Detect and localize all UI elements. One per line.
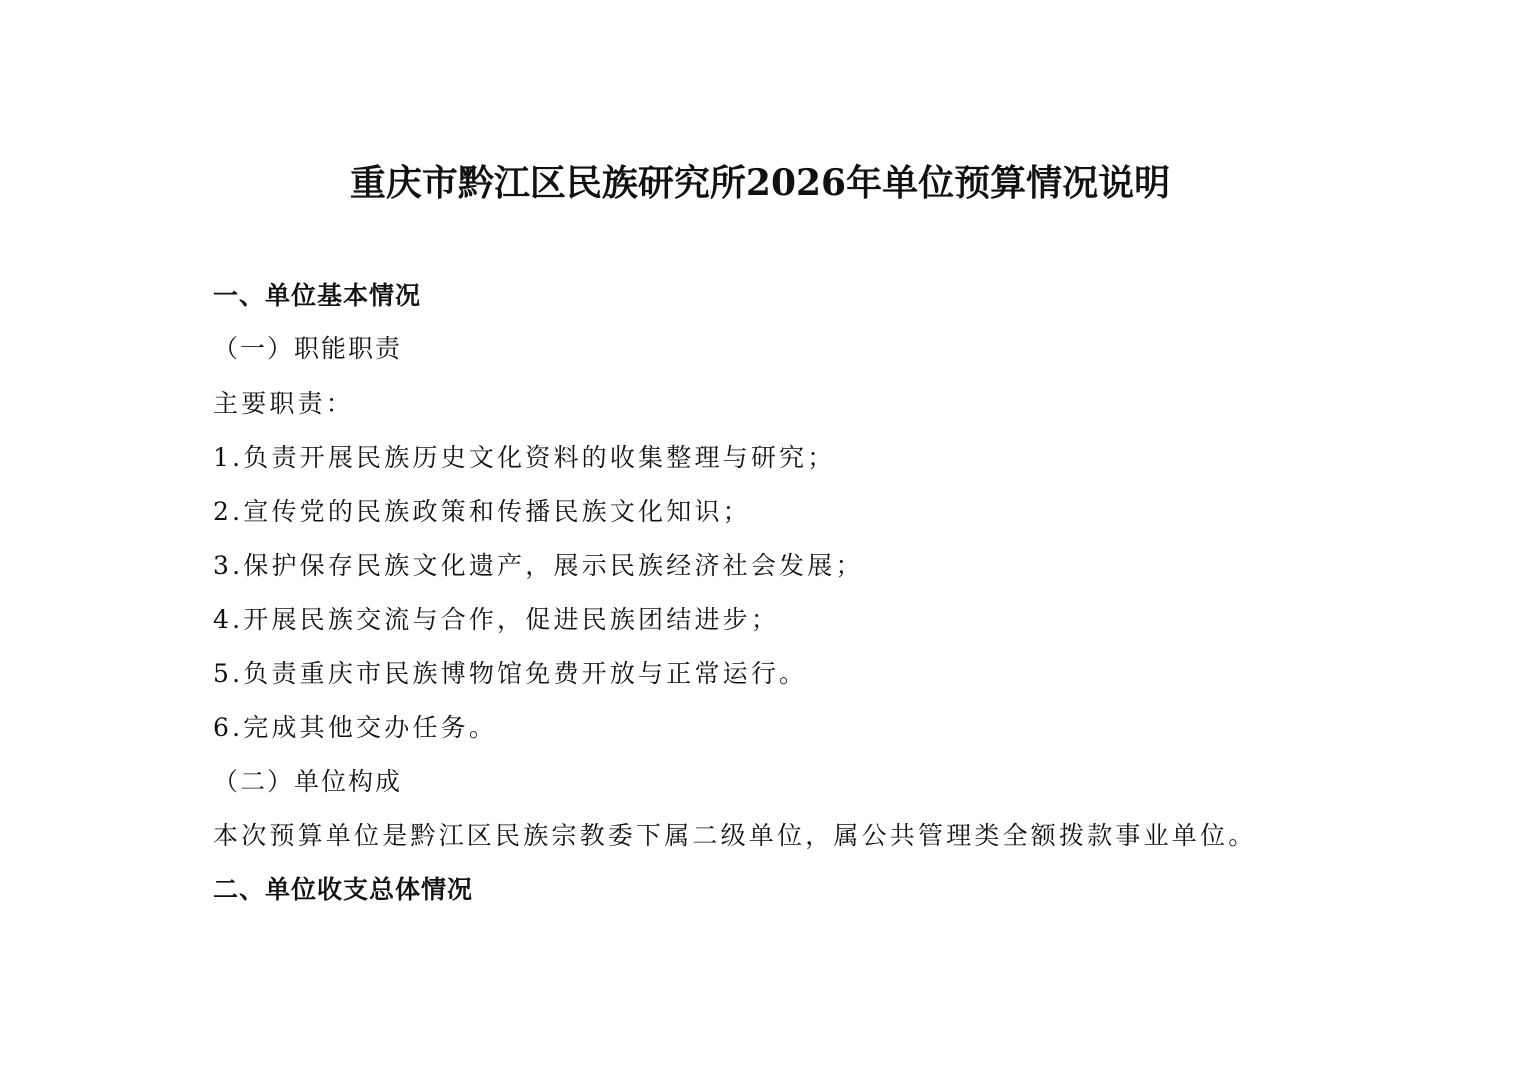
subsection-heading-composition: （二）单位构成 <box>213 764 402 800</box>
section-heading-basic-info: 一、单位基本情况 <box>213 278 421 314</box>
subsection-heading-duties: （一）职能职责 <box>213 331 402 367</box>
duty-item: 6.完成其他交办任务。 <box>213 710 497 746</box>
composition-body: 本次预算单位是黔江区民族宗教委下属二级单位，属公共管理类全额拨款事业单位。 <box>213 818 1256 854</box>
duty-item: 4.开展民族交流与合作，促进民族团结进步； <box>213 602 779 638</box>
duty-item: 2.宣传党的民族政策和传播民族文化知识； <box>213 494 751 530</box>
duty-item: 1.负责开展民族历史文化资料的收集整理与研究； <box>213 440 835 476</box>
section-heading-income-expenditure: 二、单位收支总体情况 <box>213 872 473 908</box>
duty-item: 5.负责重庆市民族博物馆免费开放与正常运行。 <box>213 656 807 692</box>
document-title: 重庆市黔江区民族研究所2026年单位预算情况说明 <box>0 158 1520 208</box>
duties-intro: 主要职责： <box>213 386 354 422</box>
duty-item: 3.保护保存民族文化遗产，展示民族经济社会发展； <box>213 548 864 584</box>
document-page: 重庆市黔江区民族研究所2026年单位预算情况说明 一、单位基本情况 （一）职能职… <box>0 0 1520 1074</box>
